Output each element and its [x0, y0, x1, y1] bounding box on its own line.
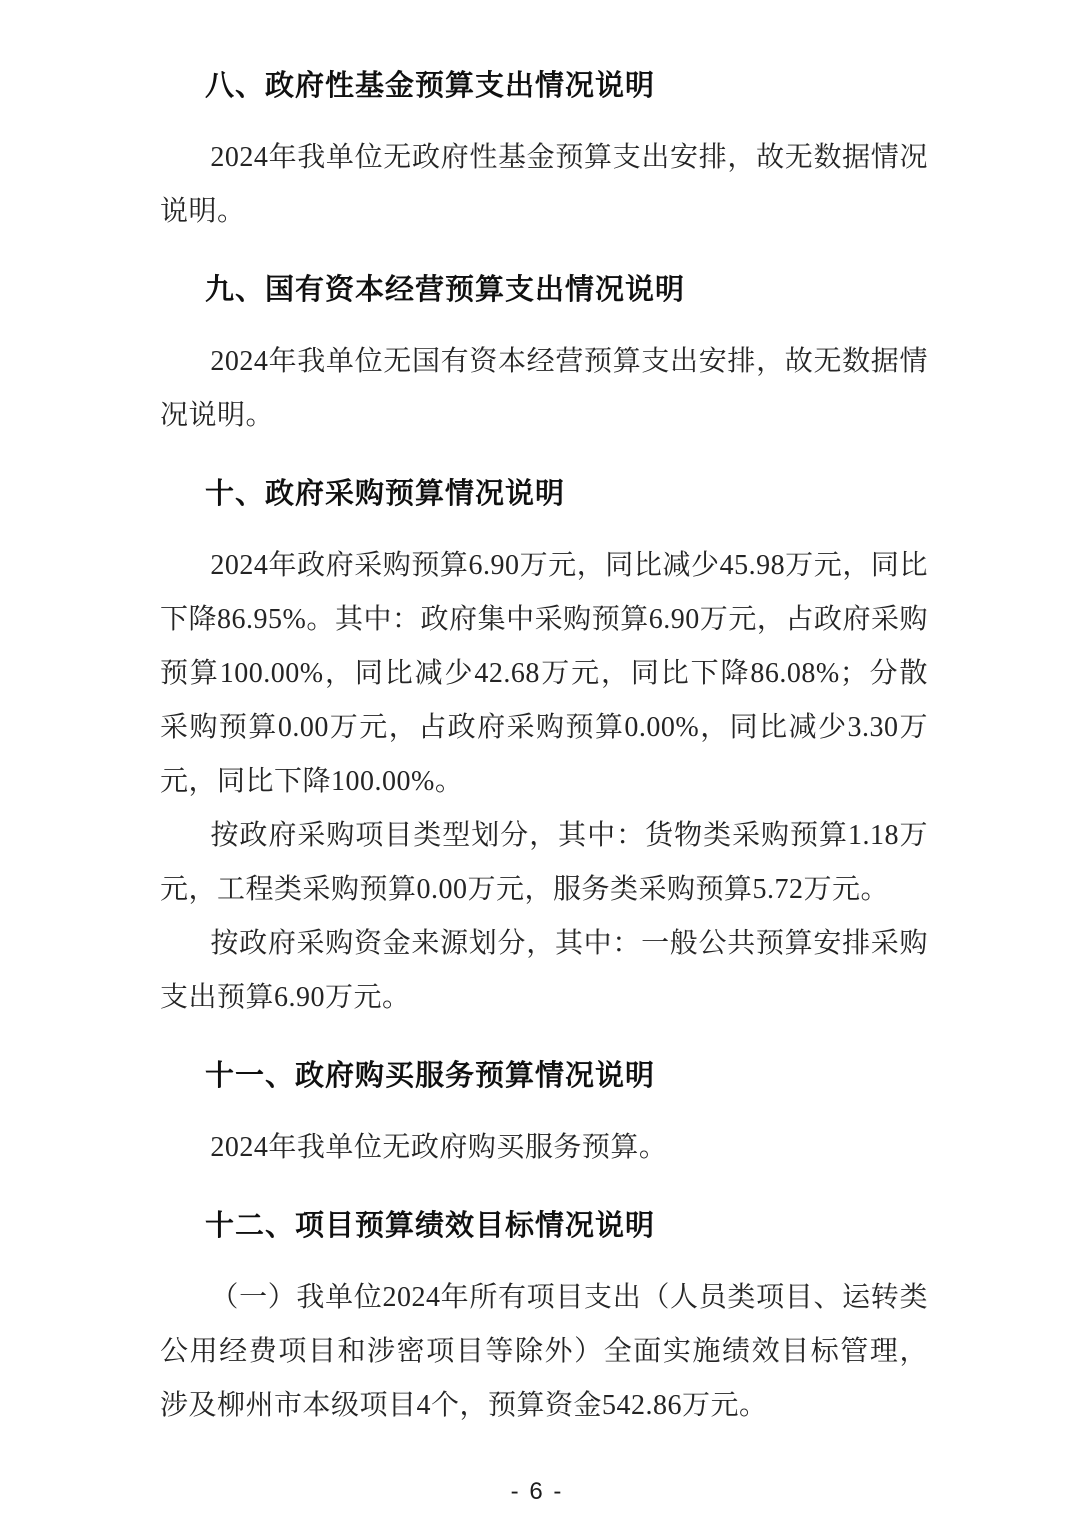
section-12-heading: 十二、项目预算绩效目标情况说明 — [160, 1199, 928, 1253]
section-10-heading: 十、政府采购预算情况说明 — [160, 467, 928, 521]
section-10-paragraph-1: 2024年政府采购预算6.90万元，同比减少45.98万元，同比下降86.95%… — [160, 539, 928, 809]
section-8-heading: 八、政府性基金预算支出情况说明 — [160, 59, 928, 113]
section-8-paragraph: 2024年我单位无政府性基金预算支出安排，故无数据情况说明。 — [160, 131, 928, 239]
section-9-heading: 九、国有资本经营预算支出情况说明 — [160, 263, 928, 317]
section-11-paragraph: 2024年我单位无政府购买服务预算。 — [160, 1121, 928, 1175]
page-number: - 6 - — [0, 1478, 1074, 1506]
section-9-paragraph: 2024年我单位无国有资本经营预算支出安排，故无数据情况说明。 — [160, 335, 928, 443]
section-11-heading: 十一、政府购买服务预算情况说明 — [160, 1049, 928, 1103]
section-12-paragraph: （一）我单位2024年所有项目支出（人员类项目、运转类公用经费项目和涉密项目等除… — [160, 1271, 928, 1433]
document-page: 八、政府性基金预算支出情况说明 2024年我单位无政府性基金预算支出安排，故无数… — [0, 0, 1074, 1520]
section-10-paragraph-3: 按政府采购资金来源划分，其中：一般公共预算安排采购支出预算6.90万元。 — [160, 917, 928, 1025]
section-10-paragraph-2: 按政府采购项目类型划分，其中：货物类采购预算1.18万元，工程类采购预算0.00… — [160, 809, 928, 917]
